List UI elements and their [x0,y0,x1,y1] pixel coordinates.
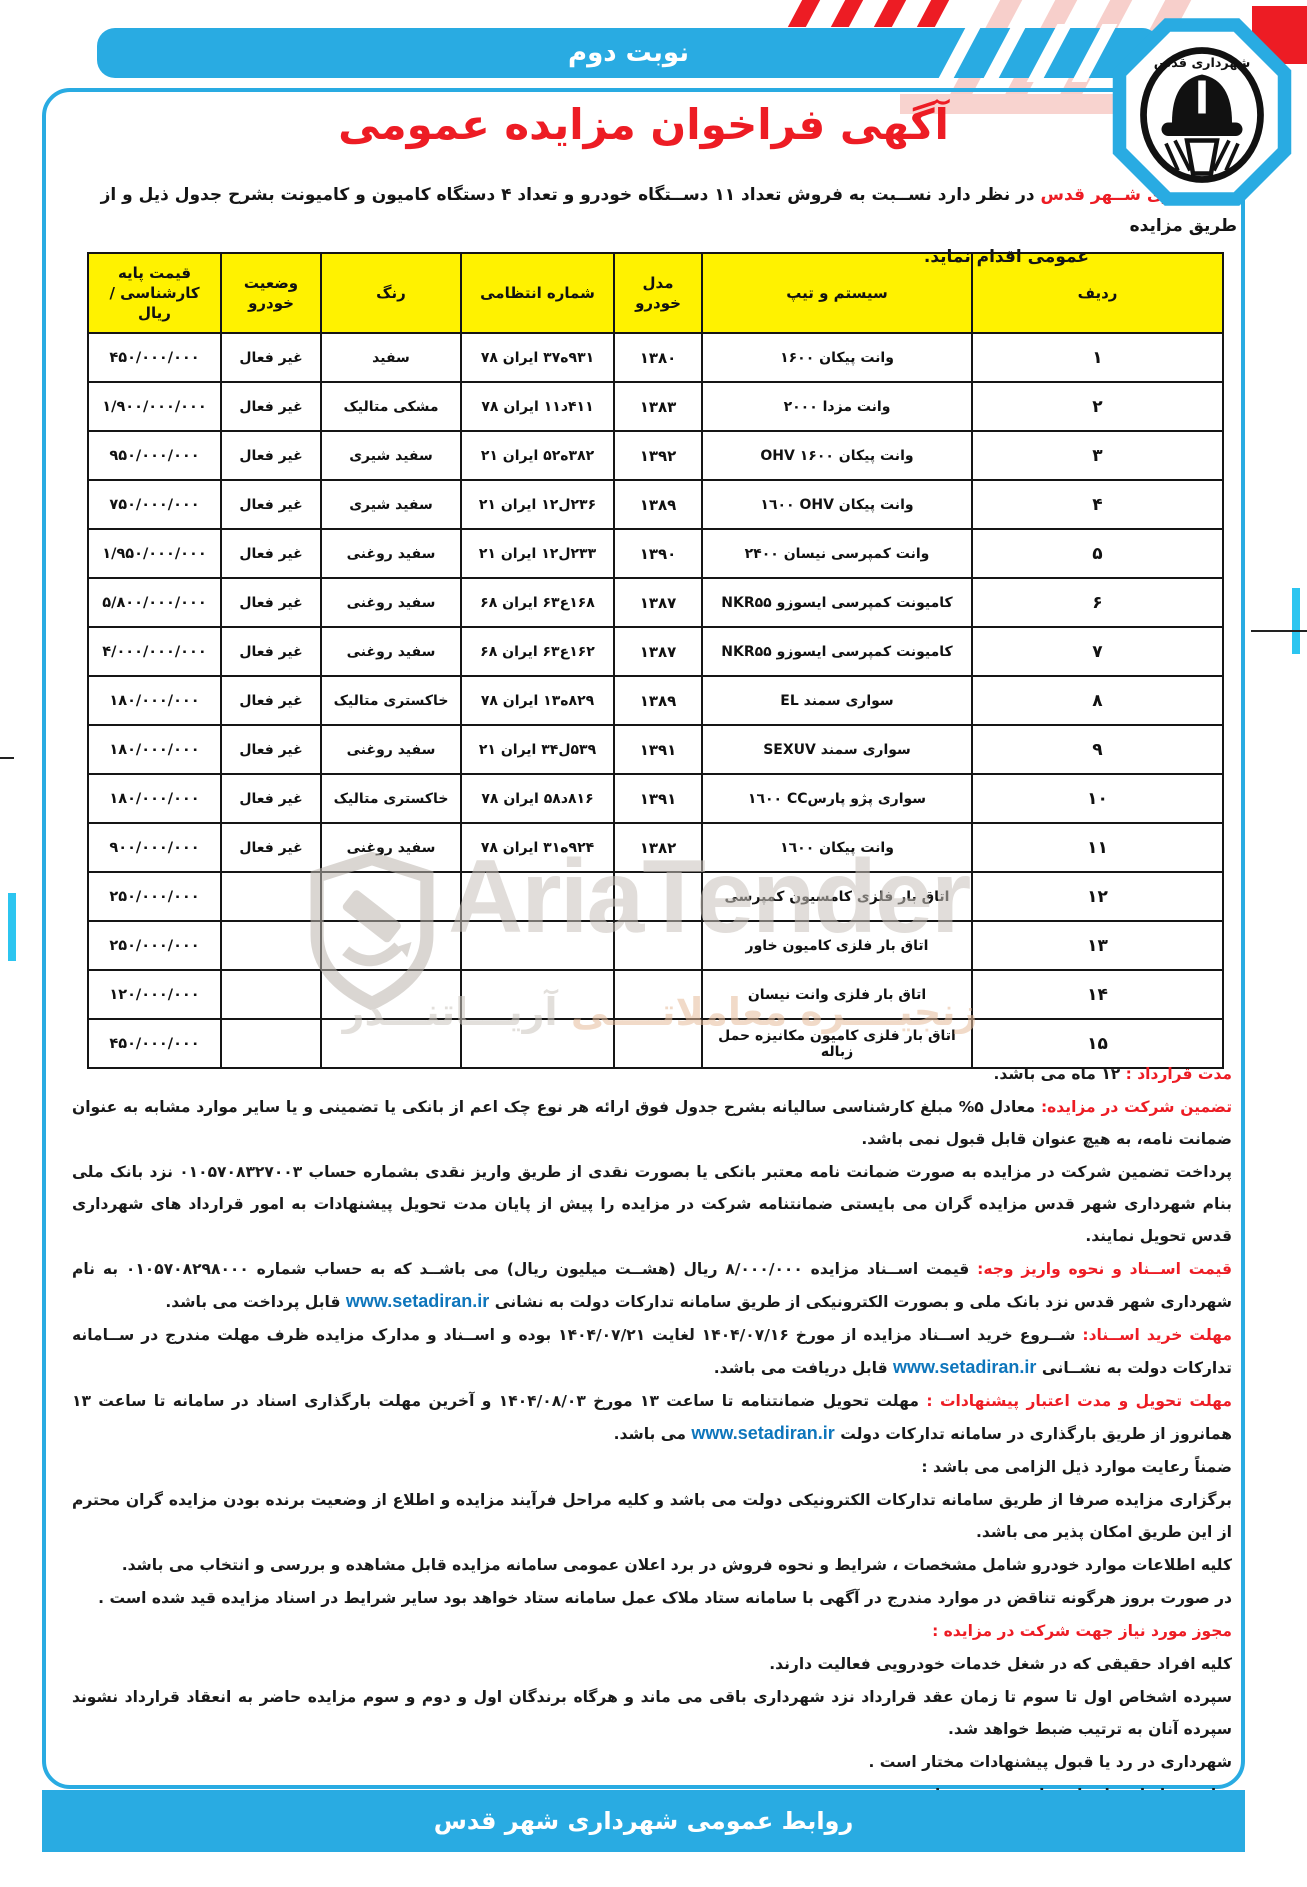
table-row: ۱وانت پیکان ۱۶۰۰۱۳۸۰۹۳۱ه۳۷ ایران ۷۸سفیدغ… [88,333,1223,382]
cell-color: سفید [321,333,461,382]
condition-line: کلیه افراد حقیقی که در شغل خدمات خودرویی… [72,1648,1232,1680]
condition-line: تضمین شرکت در مزایده: معادل ۵% مبلغ کارش… [72,1091,1232,1155]
cell-plate: ۱۶۸ع۶۳ ایران ۶۸ [461,578,614,627]
cell-price: ۱۲۰/۰۰۰/۰۰۰ [88,970,221,1019]
cell-radif: ۱۴ [972,970,1223,1019]
condition-text: کلیه افراد حقیقی که در شغل خدمات خودرویی… [769,1655,1232,1673]
conditions-section: مدت قرارداد : ۱۲ ماه می باشد.تضمین شرکت … [72,1058,1232,1845]
cell-radif: ۹ [972,725,1223,774]
cell-plate [461,921,614,970]
condition-text: در صورت بروز هرگونه تناقض در موارد مندرج… [98,1589,1232,1607]
cell-plate [461,872,614,921]
cell-radif: ۸ [972,676,1223,725]
cell-color: خاکستری متالیک [321,774,461,823]
cell-type: اتاق بار فلزی کامسیون کمپرسی [702,872,972,921]
condition-line: در صورت بروز هرگونه تناقض در موارد مندرج… [72,1582,1232,1614]
cell-color [321,921,461,970]
condition-line: قیمت اســناد و نحوه واریز وجه: قیمت اســ… [72,1253,1232,1318]
cell-price: ۱/۹۵۰/۰۰۰/۰۰۰ [88,529,221,578]
cell-color: خاکستری متالیک [321,676,461,725]
cell-plate: ۴۱۱د۱۱ ایران ۷۸ [461,382,614,431]
table-row: ۱۰سواری پژو پارسCC ١٦٠٠۱۳۹۱۸۱۶د۵۸ ایران … [88,774,1223,823]
auction-table: ردیفسیستم و تیپمدل خودروشماره انتظامیرنگ… [87,252,1224,1069]
condition-line: سپرده اشخاص اول تا سوم تا زمان عقد قرارد… [72,1681,1232,1745]
cell-status: غیر فعال [221,431,321,480]
cell-type: سواری سمند EL [702,676,972,725]
cell-status: غیر فعال [221,627,321,676]
condition-text: کلیه اطلاعات موارد خودرو شامل مشخصات ، ش… [122,1556,1232,1574]
footer-banner: روابط عمومی شهرداری شهر قدس [42,1790,1245,1852]
table-row: ۱۳اتاق بار فلزی کامیون خاور۲۵۰/۰۰۰/۰۰۰ [88,921,1223,970]
cell-radif: ۵ [972,529,1223,578]
table-row: ۹سواری سمند SEXUV۱۳۹۱۵۳۹ل۳۴ ایران ۲۱سفید… [88,725,1223,774]
print-mark-left-cyan [8,893,16,961]
cell-model: ۱۳۸۲ [614,823,702,872]
intro-line2: عمومی اقدام نماید. [924,242,1089,273]
cell-type: وانت پیکان OHV ۱۶۰۰ [702,431,972,480]
condition-line: مهلت خرید اســناد: شــروع خرید اســناد م… [72,1319,1232,1384]
cell-radif: ۳ [972,431,1223,480]
cell-model: ۱۳۸۳ [614,382,702,431]
cell-type: اتاق بار فلزی وانت نیسان [702,970,972,1019]
condition-label: مدت قرارداد : [1120,1065,1232,1083]
cell-radif: ۱ [972,333,1223,382]
condition-line: مجوز مورد نیاز جهت شرکت در مزایده : [72,1615,1232,1647]
cell-price: ۱/۹۰۰/۰۰۰/۰۰۰ [88,382,221,431]
cell-price: ۲۵۰/۰۰۰/۰۰۰ [88,921,221,970]
condition-line: مدت قرارداد : ۱۲ ماه می باشد. [72,1058,1232,1090]
cell-plate: ۸۲۹ه۱۳ ایران ۷۸ [461,676,614,725]
print-mark-left-tick [0,757,14,759]
condition-line: شهرداری در رد یا قبول پیشنهادات مختار اس… [72,1746,1232,1778]
cell-plate: ۱۶۲ع۶۳ ایران ۶۸ [461,627,614,676]
cell-color: سفید روغنی [321,578,461,627]
cell-radif: ۱۲ [972,872,1223,921]
cell-color: سفید شیری [321,480,461,529]
cell-status [221,970,321,1019]
cell-radif: ۱۱ [972,823,1223,872]
table-row: ۱۲اتاق بار فلزی کامسیون کمپرسی۲۵۰/۰۰۰/۰۰… [88,872,1223,921]
cell-model: ۱۳۸۷ [614,578,702,627]
condition-text: شــروع خرید اســناد مزایده از مورخ ۱۴۰۴/… [72,1326,1232,1377]
setadiran-link: www.setadiran.ir [893,1357,1036,1377]
cell-type: سواری سمند SEXUV [702,725,972,774]
cell-color [321,872,461,921]
cell-price: ۷۵۰/۰۰۰/۰۰۰ [88,480,221,529]
auction-table-body: ۱وانت پیکان ۱۶۰۰۱۳۸۰۹۳۱ه۳۷ ایران ۷۸سفیدغ… [88,333,1223,1068]
red-stripe-2 [831,0,863,27]
cell-price: ۹۵۰/۰۰۰/۰۰۰ [88,431,221,480]
cell-plate: ۵۳۹ل۳۴ ایران ۲۱ [461,725,614,774]
table-row: ۸سواری سمند EL۱۳۸۹۸۲۹ه۱۳ ایران ۷۸خاکستری… [88,676,1223,725]
page-title: آگهی فراخوان مزایده عمومی [42,100,1245,149]
condition-text: قابل دریافت می باشد. [714,1359,893,1377]
cell-status: غیر فعال [221,725,321,774]
cell-status: غیر فعال [221,823,321,872]
print-mark-right-tick [1251,630,1307,632]
table-row: ۶کامیونت کمپرسی ایسوزو NKR۵۵۱۳۸۷۱۶۸ع۶۳ ا… [88,578,1223,627]
cell-price: ۱۸۰/۰۰۰/۰۰۰ [88,676,221,725]
cell-radif: ۷ [972,627,1223,676]
table-row: ۷کامیونت کمپرسی ایسوزو NKR۵۵۱۳۸۷۱۶۲ع۶۳ ا… [88,627,1223,676]
cell-radif: ۱۳ [972,921,1223,970]
cell-status: غیر فعال [221,480,321,529]
cell-type: کامیونت کمپرسی ایسوزو NKR۵۵ [702,627,972,676]
setadiran-link: www.setadiran.ir [346,1291,489,1311]
condition-text: ضمناً رعایت موارد ذیل الزامی می باشد : [921,1458,1232,1476]
logo-title-text: شهرداری قدس [1154,56,1251,71]
cell-model [614,970,702,1019]
cell-radif: ۱۰ [972,774,1223,823]
condition-text: سپرده اشخاص اول تا سوم تا زمان عقد قرارد… [72,1688,1232,1738]
cell-status: غیر فعال [221,676,321,725]
setadiran-link: www.setadiran.ir [691,1423,834,1443]
print-mark-right-cyan [1292,588,1300,654]
cell-color: مشکی متالیک [321,382,461,431]
cell-type: سواری پژو پارسCC ١٦٠٠ [702,774,972,823]
condition-label: قیمت اســناد و نحوه واریز وجه: [969,1260,1232,1278]
red-stripe-1 [788,0,820,27]
cell-color: سفید روغنی [321,529,461,578]
condition-label: مهلت تحویل و مدت اعتبار پیشنهادات : [919,1392,1232,1410]
condition-text: پرداخت تضمین شرکت در مزایده به صورت ضمان… [72,1163,1232,1245]
cell-model: ۱۳۸۰ [614,333,702,382]
municipality-logo: شهرداری قدس [1112,16,1292,208]
cell-status [221,872,321,921]
cell-plate: ۹۲۴ه۳۱ ایران ۷۸ [461,823,614,872]
cell-status: غیر فعال [221,774,321,823]
table-row: ۵وانت کمپرسی نیسان ۲۴۰۰۱۳۹۰۲۳۳ل۱۲ ایران … [88,529,1223,578]
cell-status: غیر فعال [221,529,321,578]
cell-color: سفید روغنی [321,627,461,676]
table-row: ۴وانت پیکان OHV ١٦٠٠۱۳۸۹۲۳۶ل۱۲ ایران ۲۱س… [88,480,1223,529]
cell-color: سفید روغنی [321,823,461,872]
cell-type: وانت کمپرسی نیسان ۲۴۰۰ [702,529,972,578]
cell-model: ۱۳۹۱ [614,725,702,774]
cell-price: ۱۸۰/۰۰۰/۰۰۰ [88,725,221,774]
cell-plate: ۳۸۲ه۵۲ ایران ۲۱ [461,431,614,480]
cell-price: ۴/۰۰۰/۰۰۰/۰۰۰ [88,627,221,676]
cell-price: ۱۸۰/۰۰۰/۰۰۰ [88,774,221,823]
cell-radif: ۲ [972,382,1223,431]
cell-price: ۹۰۰/۰۰۰/۰۰۰ [88,823,221,872]
cell-type: وانت پیکان ١٦٠٠ [702,823,972,872]
table-row: ۱۴اتاق بار فلزی وانت نیسان۱۲۰/۰۰۰/۰۰۰ [88,970,1223,1019]
cell-model: ۱۳۸۹ [614,676,702,725]
cell-price: ۴۵۰/۰۰۰/۰۰۰ [88,333,221,382]
condition-text: برگزاری مزایده صرفا از طریق سامانه تدارک… [72,1491,1232,1541]
cell-model: ۱۳۹۱ [614,774,702,823]
condition-label: مجوز مورد نیاز جهت شرکت در مزایده : [932,1622,1232,1640]
condition-label: تضمین شرکت در مزایده: [1035,1098,1232,1116]
condition-line: برگزاری مزایده صرفا از طریق سامانه تدارک… [72,1484,1232,1548]
cell-price: ۲۵۰/۰۰۰/۰۰۰ [88,872,221,921]
condition-line: مهلت تحویل و مدت اعتبار پیشنهادات : مهلت… [72,1385,1232,1450]
cell-status: غیر فعال [221,382,321,431]
cell-status [221,921,321,970]
table-row: ۳وانت پیکان OHV ۱۶۰۰۱۳۹۲۳۸۲ه۵۲ ایران ۲۱س… [88,431,1223,480]
condition-line: ضمناً رعایت موارد ذیل الزامی می باشد : [72,1451,1232,1483]
condition-label: مهلت خرید اســناد: [1075,1326,1232,1344]
cell-color: سفید شیری [321,431,461,480]
condition-text: می باشد. [614,1425,692,1443]
cell-radif: ۴ [972,480,1223,529]
cell-plate [461,970,614,1019]
cell-model: ۱۳۹۰ [614,529,702,578]
cell-status: غیر فعال [221,578,321,627]
table-row: ۲وانت مزدا ۲۰۰۰۱۳۸۳۴۱۱د۱۱ ایران ۷۸مشکی م… [88,382,1223,431]
cell-price: ۵/۸۰۰/۰۰۰/۰۰۰ [88,578,221,627]
cell-plate: ۸۱۶د۵۸ ایران ۷۸ [461,774,614,823]
second-round-label: نوبت دوم [568,38,689,68]
condition-text: ۱۲ ماه می باشد. [994,1065,1121,1083]
red-stripe-3 [874,0,906,27]
condition-line: کلیه اطلاعات موارد خودرو شامل مشخصات ، ش… [72,1549,1232,1581]
cell-color: سفید روغنی [321,725,461,774]
cell-model: ۱۳۹۲ [614,431,702,480]
cell-model [614,921,702,970]
cell-plate: ۹۳۱ه۳۷ ایران ۷۸ [461,333,614,382]
footer-banner-label: روابط عمومی شهرداری شهر قدس [434,1807,854,1835]
cell-type: وانت مزدا ۲۰۰۰ [702,382,972,431]
cell-type: وانت پیکان ۱۶۰۰ [702,333,972,382]
condition-text: قابل پرداخت می باشد. [165,1293,346,1311]
condition-line: پرداخت تضمین شرکت در مزایده به صورت ضمان… [72,1156,1232,1252]
cell-type: وانت پیکان OHV ١٦٠٠ [702,480,972,529]
cell-model [614,872,702,921]
cell-color [321,970,461,1019]
cell-radif: ۶ [972,578,1223,627]
cell-model: ۱۳۸۹ [614,480,702,529]
table-row: ۱۱وانت پیکان ١٦٠٠۱۳۸۲۹۲۴ه۳۱ ایران ۷۸سفید… [88,823,1223,872]
cell-model: ۱۳۸۷ [614,627,702,676]
red-stripe-4 [917,0,949,27]
condition-text: شهرداری در رد یا قبول پیشنهادات مختار اس… [868,1753,1232,1771]
cell-type: کامیونت کمپرسی ایسوزو NKR۵۵ [702,578,972,627]
cell-status: غیر فعال [221,333,321,382]
cell-type: اتاق بار فلزی کامیون خاور [702,921,972,970]
cell-plate: ۲۳۶ل۱۲ ایران ۲۱ [461,480,614,529]
cell-plate: ۲۳۳ل۱۲ ایران ۲۱ [461,529,614,578]
intro-paragraph: شــهرداری شــهر قدس در نظر دارد نســبت ب… [72,180,1237,273]
